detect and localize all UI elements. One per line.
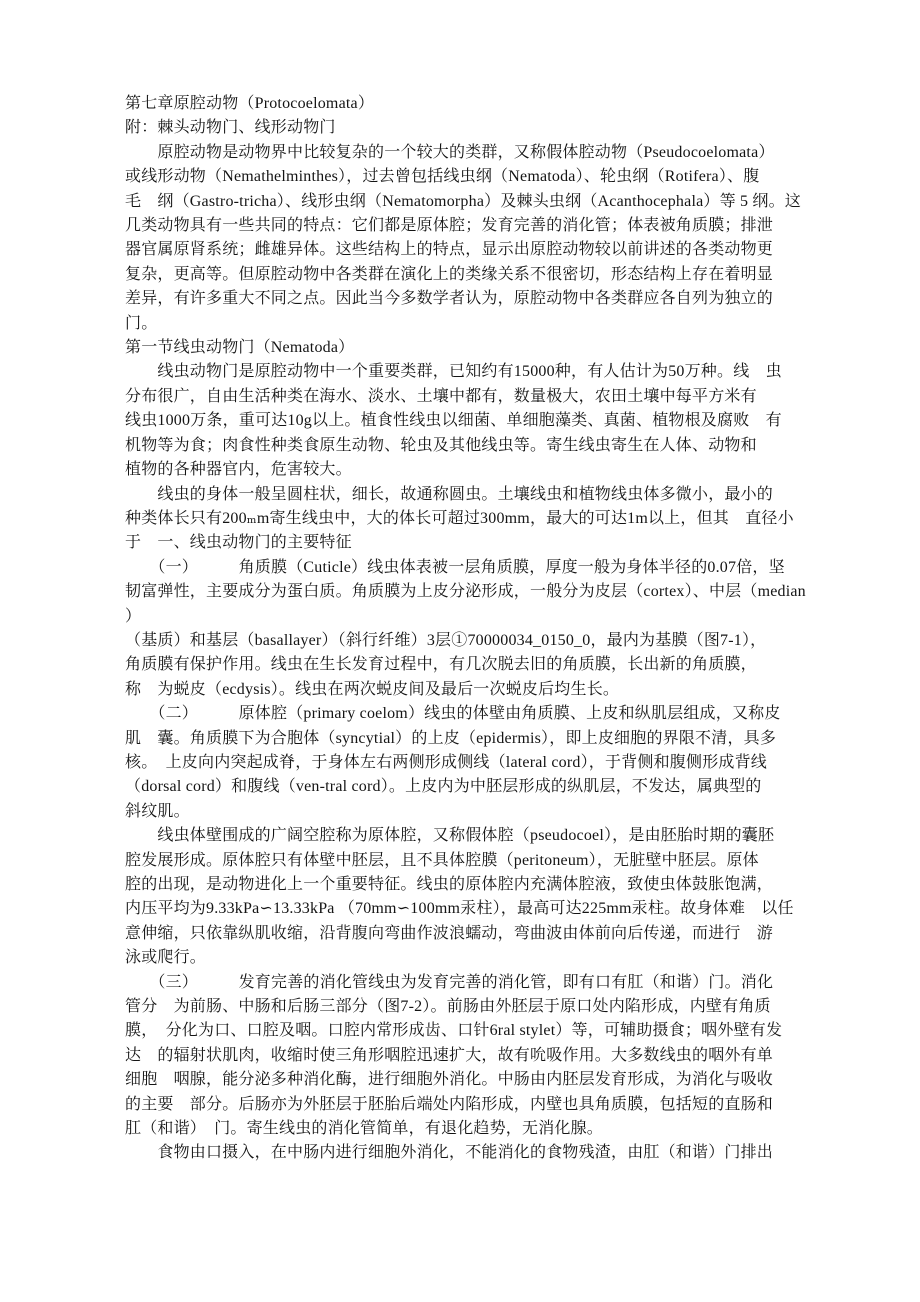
- text-line: 分布很广，自由生活种类在海水、淡水、土壤中都有，数量极大，农田土壤中每平方米有: [125, 385, 803, 409]
- text-line: 第一节线虫动物门（Nematoda）: [125, 336, 803, 360]
- text-line: 达 的辐射状肌肉，收缩时使三角形咽腔迅速扩大，故有吮吸作用。大多数线虫的咽外有单: [125, 1044, 803, 1068]
- text-line: 毛 纲（Gastro-tricha）、线形虫纲（Nematomorpha）及棘头…: [125, 190, 803, 214]
- text-line: 腔发展形成。原体腔只有体壁中胚层，且不具体腔膜（peritoneum），无脏壁中…: [125, 849, 803, 873]
- document-page: 第七章原腔动物（Protocoelomata）附：棘头动物门、线形动物门 原腔动…: [0, 0, 920, 1302]
- text-line: 门。: [125, 312, 803, 336]
- text-line: 机物等为食；肉食性种类食原生动物、轮虫及其他线虫等。寄生线虫寄生在人体、动物和: [125, 434, 803, 458]
- text-line: （dorsal cord）和腹线（ven-tral cord）。上皮内为中胚层形…: [125, 775, 803, 799]
- text-line: 食物由口摄入，在中肠内进行细胞外消化，不能消化的食物残渣，由肛（和谐）门排出: [125, 1141, 803, 1165]
- text-line: 肛（和谐） 门。寄生线虫的消化管简单，有退化趋势，无消化腺。: [125, 1117, 803, 1141]
- document-text: 第七章原腔动物（Protocoelomata）附：棘头动物门、线形动物门 原腔动…: [125, 92, 803, 1166]
- text-line: 的主要 部分。后肠亦为外胚层于胚胎后端处内陷形成，内壁也具角质膜，包括短的直肠和: [125, 1093, 803, 1117]
- text-line: 种类体长只有200ₘm寄生线虫中，大的体长可超过300mm，最大的可达1m以上，…: [125, 507, 803, 531]
- text-line: 几类动物具有一些共同的特点：它们都是原体腔；发育完善的消化管；体表被角质膜；排泄: [125, 214, 803, 238]
- text-line: 细胞 咽腺，能分泌多种消化酶，进行细胞外消化。中肠由内胚层发育形成，为消化与吸收: [125, 1068, 803, 1092]
- text-line: 第七章原腔动物（Protocoelomata）: [125, 92, 803, 116]
- text-line: 称 为蜕皮（ecdysis）。线虫在两次蜕皮间及最后一次蜕皮后均生长。: [125, 678, 803, 702]
- text-line: 复杂，更高等。但原腔动物中各类群在演化上的类缘关系不很密切，形态结构上存在着明显: [125, 263, 803, 287]
- text-line: 线虫1000万条，重可达10g以上。植食性线虫以细菌、单细胞藻类、真菌、植物根及…: [125, 409, 803, 433]
- text-line: 角质膜有保护作用。线虫在生长发育过程中，有几次脱去旧的角质膜，长出新的角质膜，: [125, 653, 803, 677]
- text-line: ）: [125, 605, 803, 629]
- text-line: 或线形动物（Nemathelminthes），过去曾包括线虫纲（Nematoda…: [125, 165, 803, 189]
- text-line: 内压平均为9.33kPa∽13.33kPa （70mm∽100mm汞柱），最高可…: [125, 897, 803, 921]
- text-line: 附：棘头动物门、线形动物门: [125, 116, 803, 140]
- text-line: 腔的出现，是动物进化上一个重要特征。线虫的原体腔内充满体腔液，致使虫体鼓胀饱满，: [125, 873, 803, 897]
- text-line: 线虫的身体一般呈圆柱状，细长，故通称圆虫。土壤线虫和植物线虫体多微小，最小的: [125, 483, 803, 507]
- text-line: 线虫体壁围成的广阔空腔称为原体腔，又称假体腔（pseudocoel），是由胚胎时…: [125, 824, 803, 848]
- text-line: 原腔动物是动物界中比较复杂的一个较大的类群，又称假体腔动物（Pseudocoel…: [125, 141, 803, 165]
- text-line: 肌 囊。角质膜下为合胞体（syncytial）的上皮（epidermis），即上…: [125, 727, 803, 751]
- text-line: （二） 原体腔（primary coelom）线虫的体壁由角质膜、上皮和纵肌层组…: [125, 702, 803, 726]
- text-line: 线虫动物门是原腔动物中一个重要类群，已知约有15000种，有人估计为50万种。线…: [125, 360, 803, 384]
- text-line: 核。 上皮向内突起成脊，于身体左右两侧形成侧线（lateral cord），于背…: [125, 751, 803, 775]
- text-line: （三） 发育完善的消化管线虫为发育完善的消化管，即有口有肛（和谐）门。消化: [125, 971, 803, 995]
- text-line: 植物的各种器官内，危害较大。: [125, 458, 803, 482]
- text-line: 管分 为前肠、中肠和后肠三部分（图7-2）。前肠由外胚层于原口处内陷形成，内壁有…: [125, 995, 803, 1019]
- text-line: 意伸缩，只依靠纵肌收缩，沿背腹向弯曲作波浪蠕动，弯曲波由体前向后传递，而进行 游: [125, 922, 803, 946]
- text-line: 器官属原肾系统；雌雄异体。这些结构上的特点，显示出原腔动物较以前讲述的各类动物更: [125, 238, 803, 262]
- text-line: 泳或爬行。: [125, 946, 803, 970]
- text-line: （一） 角质膜（Cuticle）线虫体表被一层角质膜，厚度一般为身体半径的0.0…: [125, 556, 803, 580]
- text-line: 膜， 分化为口、口腔及咽。口腔内常形成齿、口针6ral stylet）等，可辅助…: [125, 1019, 803, 1043]
- text-line: 斜纹肌。: [125, 800, 803, 824]
- text-line: 于 一、线虫动物门的主要特征: [125, 531, 803, 555]
- text-line: 韧富弹性，主要成分为蛋白质。角质膜为上皮分泌形成，一般分为皮层（cortex）、…: [125, 580, 803, 604]
- text-line: 差异，有许多重大不同之点。因此当今多数学者认为，原腔动物中各类群应各自列为独立的: [125, 287, 803, 311]
- text-line: （基质）和基层（basallayer）（斜行纤维）3层①70000034_015…: [125, 629, 803, 653]
